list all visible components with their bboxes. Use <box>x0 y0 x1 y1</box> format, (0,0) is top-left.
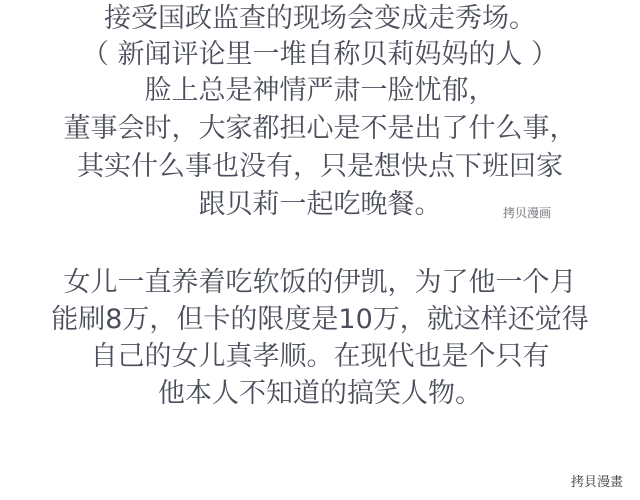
watermark-bottom: 拷貝漫畫 <box>571 476 623 490</box>
caption-line: 接受国政监查的现场会变成走秀场。 <box>0 2 640 36</box>
caption-line: 他本人不知道的搞笑人物。 <box>0 377 640 411</box>
caption-line: 女儿一直养着吃软饭的伊凯，为了他一个月 <box>0 266 640 300</box>
watermark-middle: 拷贝漫画 <box>503 206 551 220</box>
caption-line: 其实什么事也没有，只是想快点下班回家 <box>0 150 640 184</box>
caption-line: 能刷8万，但卡的限度是10万，就这样还觉得 <box>0 303 640 337</box>
caption-line: 脸上总是神情严肃一脸忧郁， <box>0 74 640 108</box>
caption-line: 自己的女儿真孝顺。在现代也是个只有 <box>0 340 640 374</box>
caption-line: 董事会时，大家都担心是不是出了什么事， <box>0 112 640 146</box>
caption-line: （ 新闻评论里一堆自称贝莉妈妈的人 ） <box>0 38 640 72</box>
